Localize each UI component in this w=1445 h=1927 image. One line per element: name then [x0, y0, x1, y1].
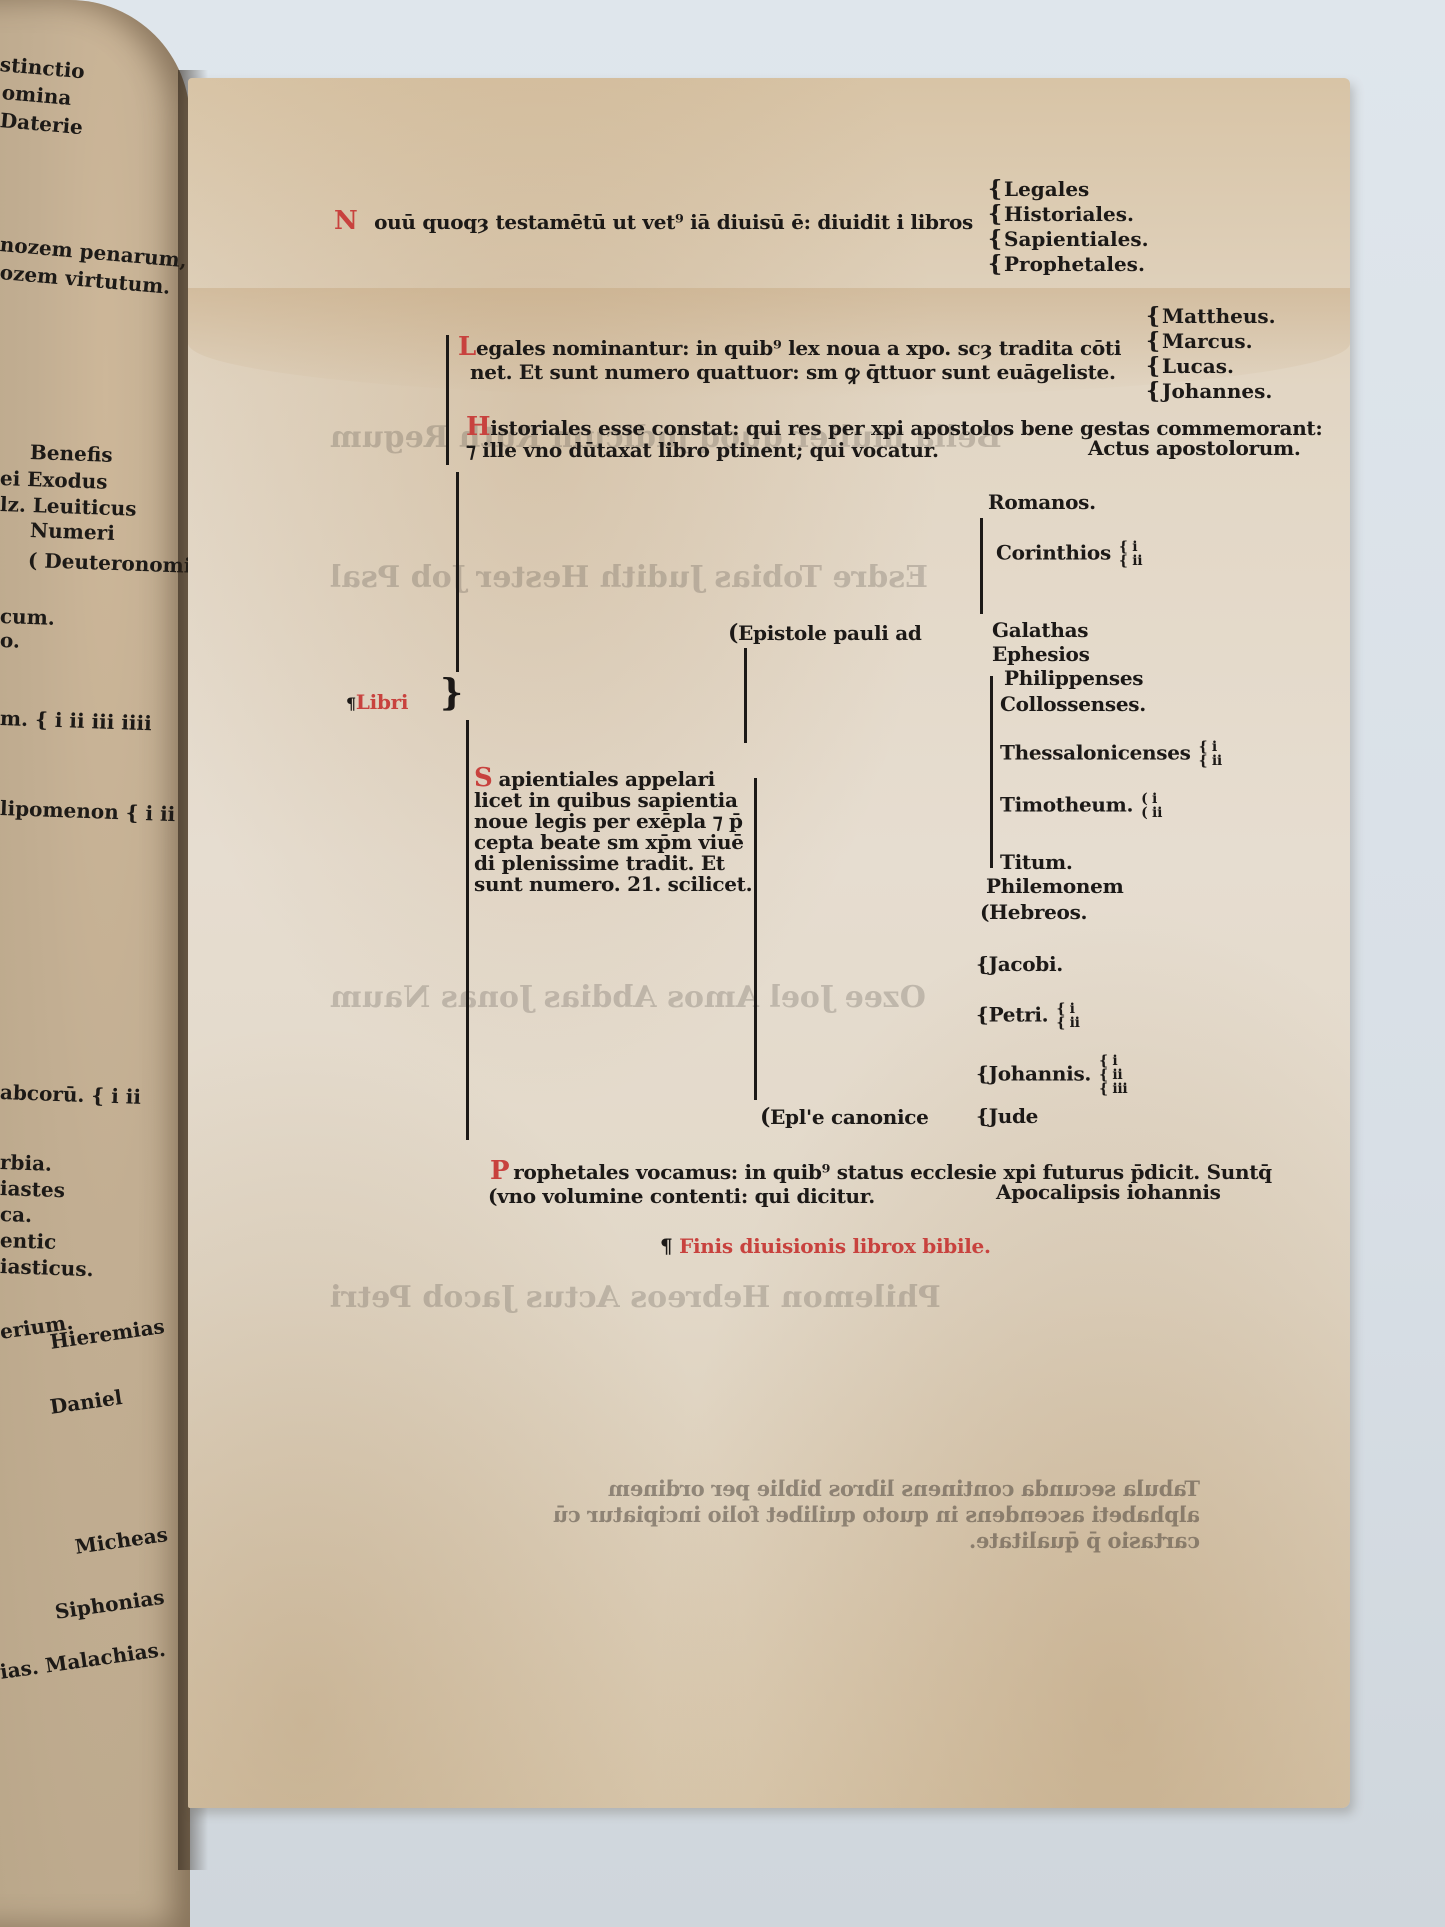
- evangelist-item: {Mattheus.: [1146, 303, 1276, 328]
- division-item: {Sapientiales.: [988, 226, 1149, 251]
- bracket-line: [446, 335, 449, 465]
- left-page-line: o.: [0, 628, 20, 653]
- pauline-book: Philemonem: [986, 874, 1123, 898]
- historiales-book: Actus apostolorum.: [1088, 436, 1301, 460]
- show-through-line: Philemon Hebreos Actus Jacob Petri: [330, 1280, 941, 1315]
- show-through-line: alphabeti ascendens in quoto quilibet fo…: [553, 1502, 1200, 1527]
- division-item: {Prophetales.: [988, 251, 1149, 276]
- pauline-book: Ephesios: [992, 642, 1090, 666]
- pilcrow-icon: ¶: [660, 1234, 672, 1258]
- pauline-book: Romanos.: [988, 490, 1096, 514]
- evangelists-list: {Mattheus. {Marcus. {Lucas. {Johannes.: [1146, 303, 1276, 403]
- prophetales-line-2: (vno volumine contenti: qui dicitur.: [488, 1184, 875, 1208]
- heading-line: N ouū quoqȝ testamētū ut vet⁹ iā diuisū …: [334, 206, 973, 236]
- division-item: {Historiales.: [988, 201, 1149, 226]
- canonical-book: {Petri.{ i{ ii: [976, 1002, 1080, 1030]
- pauline-book: Philippenses: [1004, 666, 1143, 690]
- division-item: {Legales: [988, 176, 1149, 201]
- evangelist-item: {Lucas.: [1146, 353, 1276, 378]
- canonical-book: {Jude: [976, 1104, 1038, 1128]
- pauline-bracket-b: [990, 676, 993, 868]
- main-divisions-list: {Legales {Historiales. {Sapientiales. {P…: [988, 176, 1149, 276]
- epistole-canonice-label: (Epl'e canonice: [760, 1104, 929, 1130]
- left-page-line: ca.: [0, 1202, 33, 1227]
- epistole-pauli-label: (Epistole pauli ad: [728, 620, 922, 646]
- left-page-line: iastes: [0, 1176, 65, 1202]
- colophon: ¶ Finis diuisionis librox bibile.: [660, 1234, 991, 1258]
- libri-brace: }: [440, 672, 463, 714]
- libri-label: ¶Libri: [346, 690, 408, 714]
- legales-line-2: net. Et sunt numero quattuor: sm ꝙ q̄ttu…: [470, 358, 1116, 385]
- pauline-book: Timotheum.( i( ii: [1000, 792, 1162, 820]
- pauline-book: Corinthios{ i{ ii: [996, 540, 1142, 568]
- canonical-book: {Johannis.{ i{ ii{ iii: [976, 1054, 1127, 1096]
- show-through-line: Tabula secunda continens libros biblie p…: [608, 1476, 1200, 1501]
- left-page-line: lz. Leuiticus: [0, 492, 137, 521]
- historiales-line-2: ⁊ ille vno dūtaxat libro ptinent; qui vo…: [466, 438, 939, 462]
- epistle-bracket-upper: [744, 648, 747, 743]
- left-page-line: abcorū. { i ii: [0, 1080, 141, 1109]
- pauline-book: Galathas: [992, 618, 1088, 642]
- prophetales-book: Apocalipsis iohannis: [996, 1180, 1221, 1204]
- rubric-initial: P: [490, 1156, 509, 1186]
- left-page-line: Numeri: [30, 518, 116, 545]
- show-through-line: Esdre Tobias Judith Hester Job Psal: [330, 560, 928, 595]
- heading-text: ouū quoqȝ testamētū ut vet⁹ iā diuisū ē:…: [374, 210, 973, 234]
- evangelist-item: {Johannes.: [1146, 378, 1276, 403]
- main-bracket-upper: [456, 472, 459, 672]
- left-page-line: entic: [0, 1228, 57, 1254]
- left-page-line: rbia.: [0, 1150, 52, 1176]
- evangelist-item: {Marcus.: [1146, 328, 1276, 353]
- main-bracket-lower: [466, 720, 469, 1140]
- canonical-book: {Jacobi.: [976, 952, 1063, 976]
- rubric-initial: N: [334, 206, 357, 236]
- left-page-line: iasticus.: [0, 1254, 94, 1281]
- epistle-bracket-lower: [754, 778, 757, 1100]
- show-through-line: Ozee Joel Amos Abdias Jonas Naum: [330, 980, 926, 1015]
- left-page-line: cum.: [0, 604, 55, 630]
- sapientiales-block: Sapientiales appelari licet in quibus sa…: [474, 768, 752, 895]
- pauline-book: Titum.: [1000, 850, 1073, 874]
- pauline-book: Thessalonicenses{ i{ ii: [1000, 740, 1222, 768]
- left-page-line: Benefis: [30, 440, 113, 467]
- pauline-bracket-a: [980, 518, 983, 614]
- pauline-book: Collossenses.: [1000, 692, 1146, 716]
- left-page-line: ei Exodus: [0, 466, 108, 494]
- show-through-line: cartasio p̄ q̄ualitate.: [969, 1528, 1200, 1553]
- pauline-book: (Hebreos.: [980, 900, 1087, 924]
